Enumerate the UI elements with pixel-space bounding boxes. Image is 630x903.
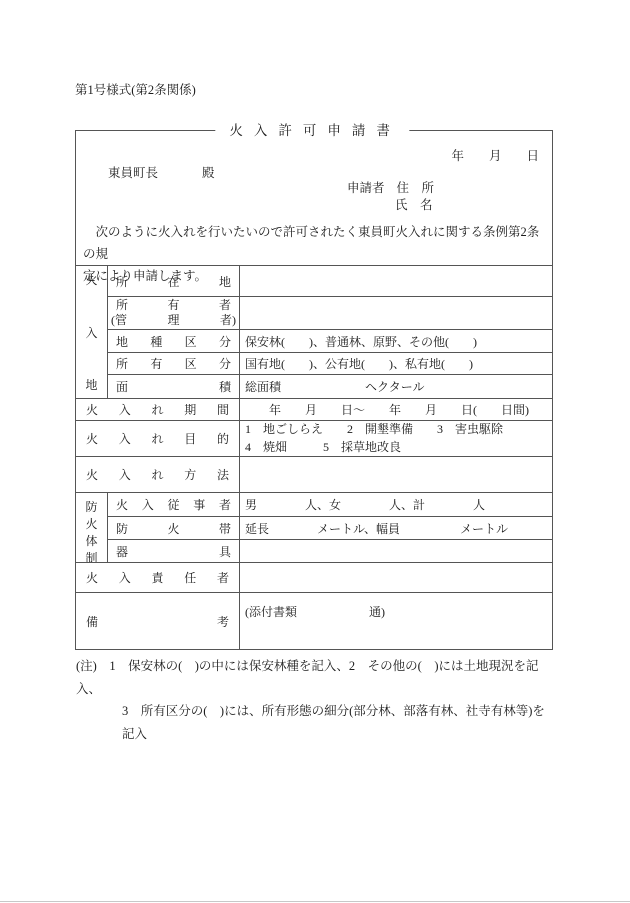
note-line-2: 3 所有区分の( )には、所有形態の細分(部分林、部落有林、社寺有林等)を xyxy=(122,700,554,723)
field-owner-label: 所有者 (管理者) xyxy=(107,296,239,329)
field-location-label: 所在地 xyxy=(107,266,239,296)
field-workers-value: 男 人、女 人、計 人 xyxy=(239,492,552,516)
applicant-address-line: 申請者住 所 xyxy=(347,180,434,197)
field-period-value: 年 月 日～ 年 月 日( 日間) xyxy=(239,398,552,420)
field-responsible-value xyxy=(239,562,552,592)
owner-label-line1: 所有者 xyxy=(116,298,231,313)
field-area-label: 面積 xyxy=(107,374,239,398)
field-method-value xyxy=(239,456,552,492)
note-line-1: (注) 1 保安林の( )の中には保安林種を記入、2 その他の( )には土地現況… xyxy=(76,655,554,700)
addressee-row: 東員町長殿 xyxy=(108,163,215,181)
page-edge-line xyxy=(0,901,630,902)
form-number: 第1号様式(第2条関係) xyxy=(75,80,196,98)
field-equipment-value xyxy=(239,539,552,562)
addressee: 東員町長 xyxy=(108,166,158,180)
honorific: 殿 xyxy=(202,166,215,180)
purpose-value-line1: 1 地ごしらえ 2 開墾準備 3 害虫駆除 xyxy=(245,421,552,439)
field-ownership-value: 国有地( )、公有地( )、私有地( ) xyxy=(239,352,552,374)
field-remarks-value: (添付書類 通) xyxy=(239,592,552,649)
field-equipment-label: 器具 xyxy=(107,539,239,562)
address-label: 住 所 xyxy=(397,181,435,195)
field-ownership-label: 所有区分 xyxy=(107,352,239,374)
site-group-vertical-label: 火入地 xyxy=(76,266,107,398)
prevention-group-vertical-label: 防火体制 xyxy=(76,492,107,562)
owner-label-line2: (管理者) xyxy=(111,313,236,328)
applicant-block: 申請者住 所 氏 名 xyxy=(347,180,434,214)
field-period-label: 火入れ期間 xyxy=(76,398,239,420)
field-land-type-label: 地種区分 xyxy=(107,329,239,352)
notes: (注) 1 保安林の( )の中には保安林種を記入、2 その他の( )には土地現況… xyxy=(76,655,554,745)
field-area-value: 総面積 ヘクタール xyxy=(239,374,552,398)
field-remarks-label: 備考 xyxy=(76,592,239,649)
field-firebreak-label: 防火帯 xyxy=(107,516,239,539)
field-land-type-value: 保安林( )、普通林、原野、その他( ) xyxy=(239,329,552,352)
date-line: 年 月 日 xyxy=(451,146,539,164)
form-title: 火入許可申請書 xyxy=(215,122,409,140)
field-method-label: 火入れ方法 xyxy=(76,456,239,492)
name-label: 氏 名 xyxy=(395,197,434,214)
applicant-label: 申請者 xyxy=(347,181,385,195)
note-line-3: 記入 xyxy=(122,723,554,746)
field-purpose-label: 火入れ目的 xyxy=(76,420,239,456)
application-form-page: 第1号様式(第2条関係) 火入許可申請書 年 月 日 東員町長殿 申請者住 所 … xyxy=(0,0,630,903)
field-purpose-value: 1 地ごしらえ 2 開墾準備 3 害虫駆除 4 焼畑 5 採草地改良 xyxy=(239,420,552,456)
field-workers-label: 火入従事者 xyxy=(107,492,239,516)
purpose-value-line2: 4 焼畑 5 採草地改良 xyxy=(245,439,552,457)
field-responsible-label: 火入責任者 xyxy=(76,562,239,592)
field-owner-value xyxy=(239,296,552,329)
form-box: 火入許可申請書 年 月 日 東員町長殿 申請者住 所 氏 名 次のように火入れを… xyxy=(75,130,553,650)
field-firebreak-value: 延長 メートル、幅員 メートル xyxy=(239,516,552,539)
form-table: 火入地 所在地 所有者 (管理者) 地種区分 保安林( )、普通林、原野、その他… xyxy=(76,265,552,649)
field-location-value xyxy=(239,266,552,296)
